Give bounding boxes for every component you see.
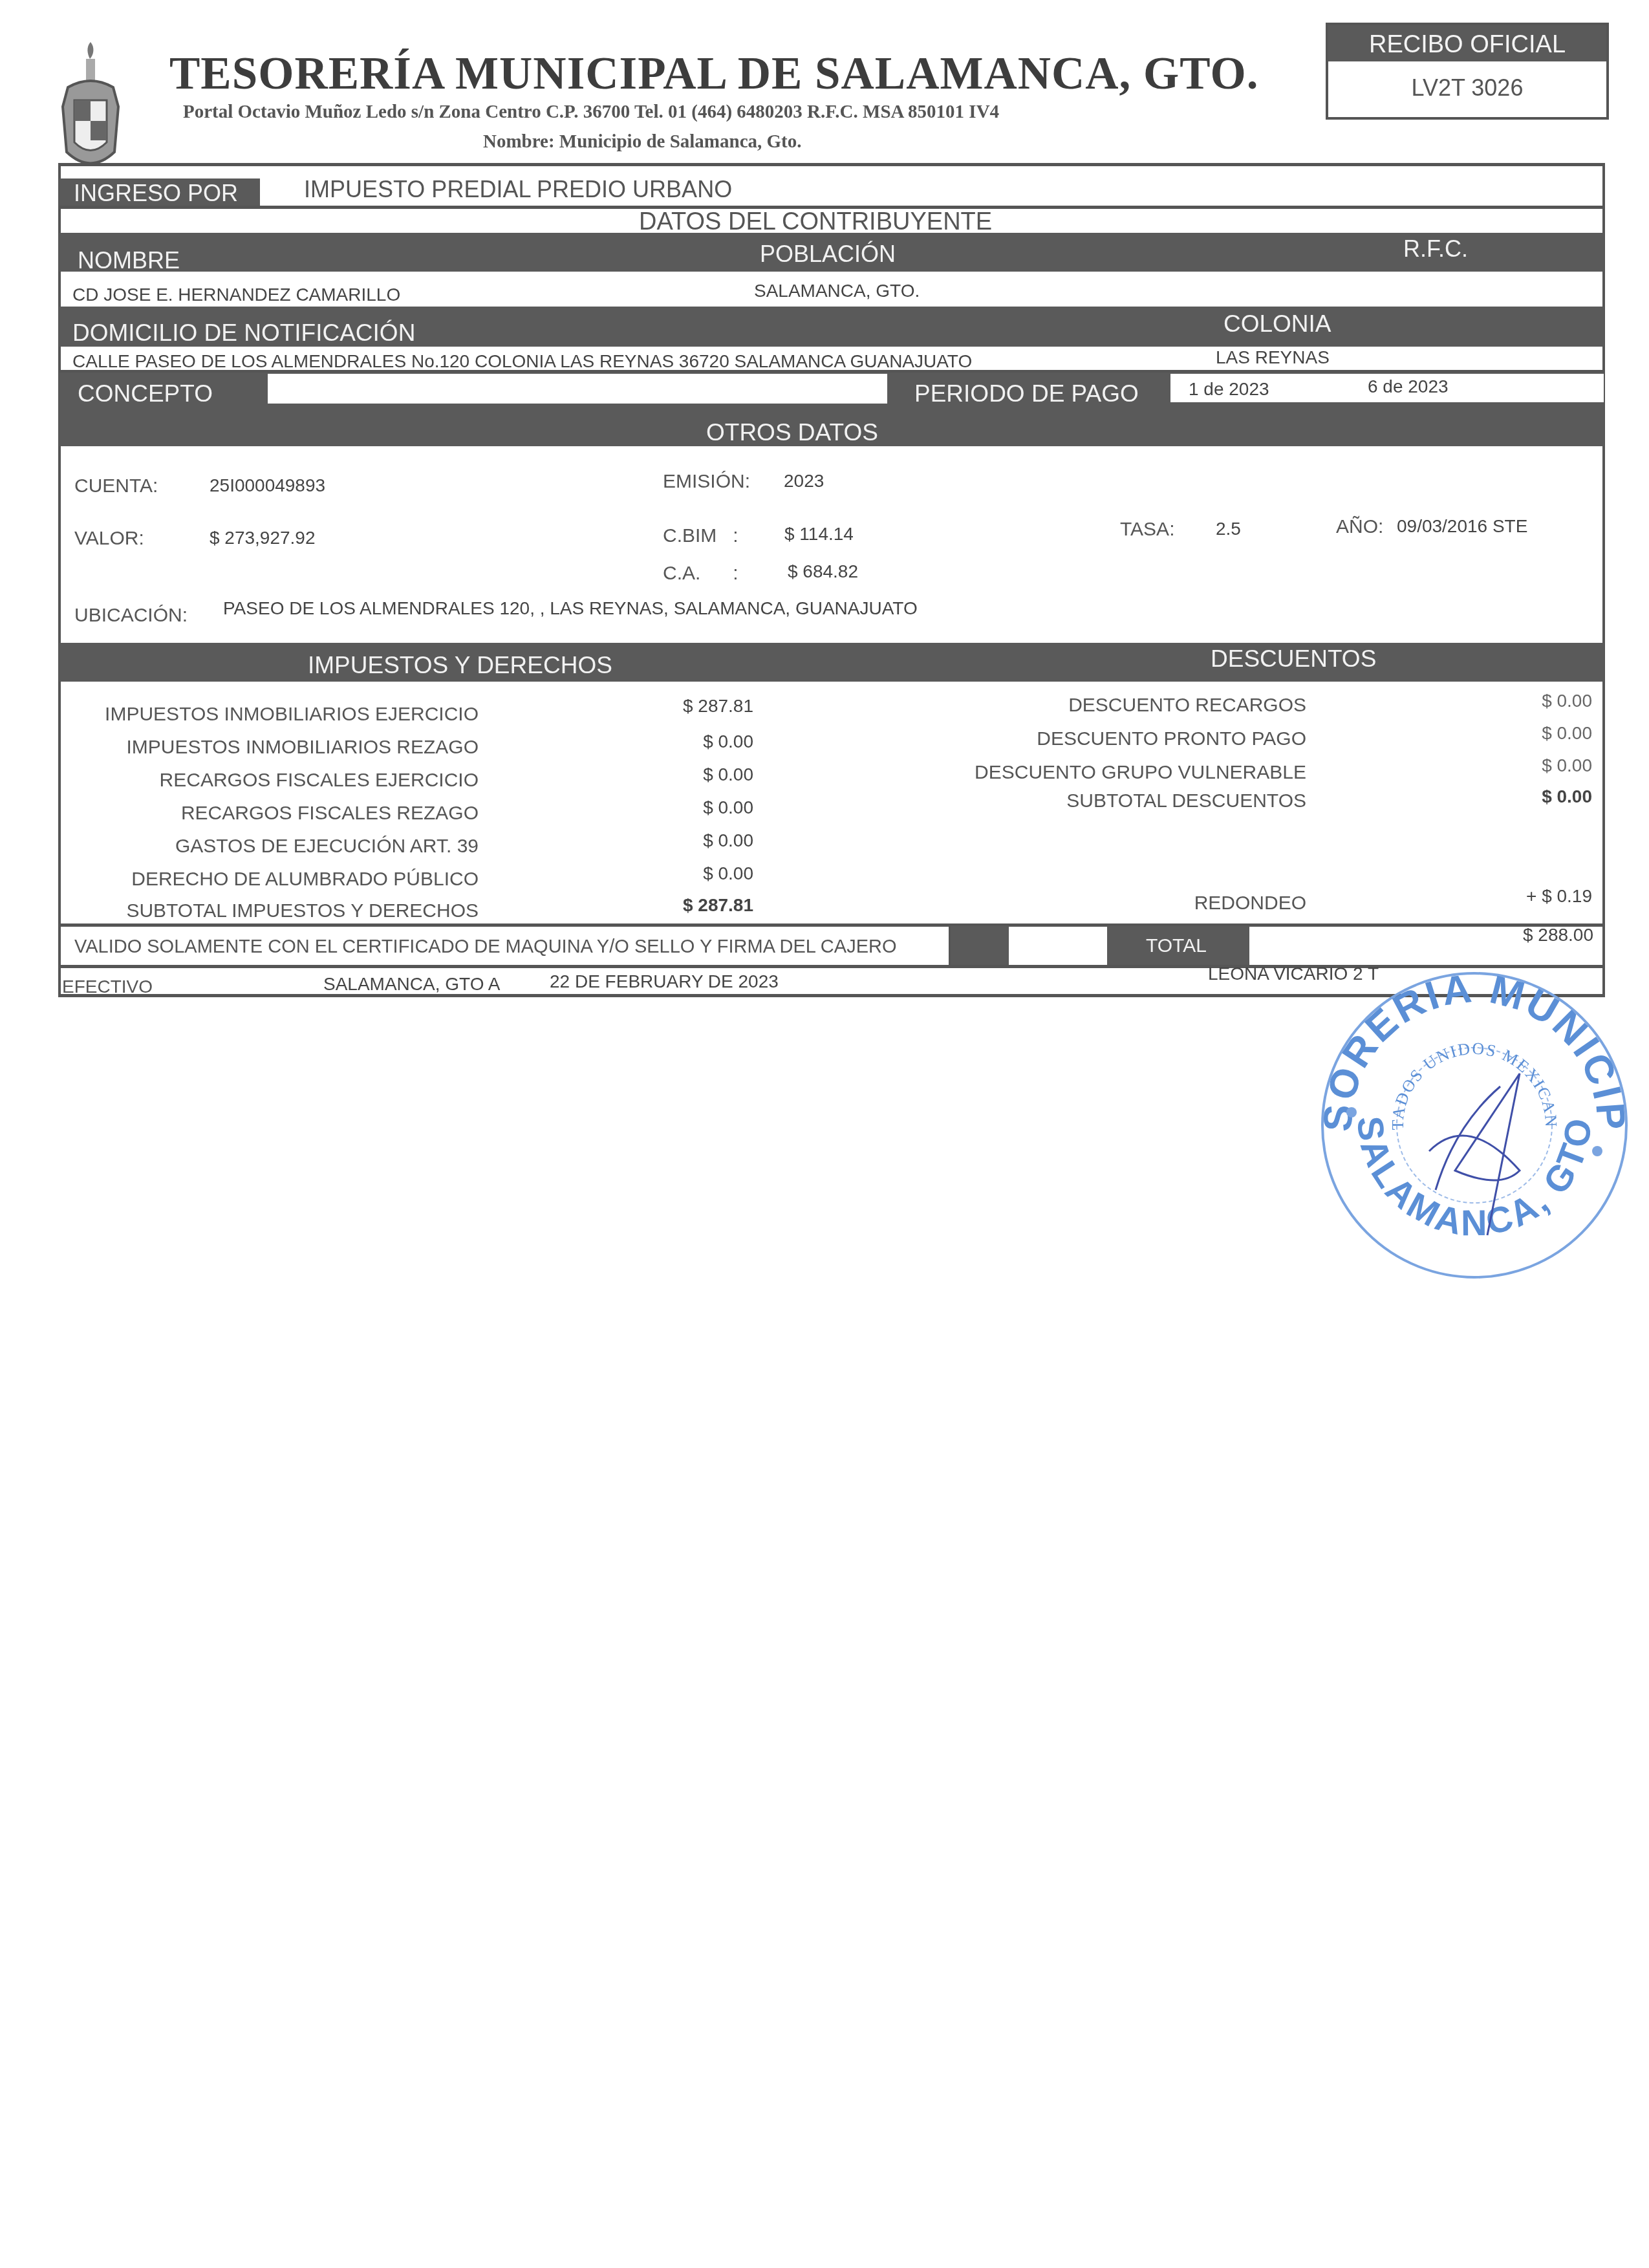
emision-value: 2023	[784, 471, 824, 491]
anio-label: AÑO:	[1336, 516, 1383, 538]
total-label-bar-left	[951, 926, 1009, 965]
descuento-amount: $ 0.00	[1423, 691, 1592, 711]
tasa-label: TASA:	[1120, 519, 1174, 541]
domicilio-value: CALLE PASEO DE LOS ALMENDRALES No.120 CO…	[72, 351, 972, 372]
impuesto-label: RECARGOS FISCALES REZAGO	[59, 803, 479, 825]
ubicacion-value: PASEO DE LOS ALMENDRALES 120, , LAS REYN…	[223, 598, 918, 619]
domicilio-header-bar: DOMICILIO DE NOTIFICACIÓN COLONIA	[59, 307, 1604, 347]
subtotal-descuentos-amount: $ 0.00	[1423, 786, 1592, 807]
subtotal-descuentos-label: SUBTOTAL DESCUENTOS	[905, 790, 1306, 812]
descuentos-section-title: DESCUENTOS	[1211, 645, 1376, 673]
fecha-expedicion: 22 DE FEBRUARY DE 2023	[550, 971, 779, 992]
impuesto-row: RECARGOS FISCALES REZAGO$ 0.00	[59, 797, 771, 826]
descuento-row: DESCUENTO GRUPO VULNERABLE$ 0.00	[841, 755, 1600, 784]
emision-label: EMISIÓN:	[663, 471, 750, 493]
concepto-value-field	[268, 374, 887, 404]
poblacion-value: SALAMANCA, GTO.	[754, 281, 920, 301]
impuesto-label: IMPUESTOS INMOBILIARIOS EJERCICIO	[59, 704, 479, 726]
domicilio-label: DOMICILIO DE NOTIFICACIÓN	[72, 319, 415, 347]
impuesto-label: RECARGOS FISCALES EJERCICIO	[59, 770, 479, 792]
official-receipt-box: RECIBO OFICIAL LV2T 3026	[1326, 23, 1609, 120]
impuesto-amount: $ 0.00	[582, 764, 753, 785]
impuesto-amount: $ 0.00	[582, 797, 753, 818]
ingreso-por-label: INGRESO POR	[59, 178, 260, 207]
document-title: TESORERÍA MUNICIPAL DE SALAMANCA, GTO.	[169, 48, 1258, 100]
impuesto-amount: $ 0.00	[582, 830, 753, 851]
impuesto-row: IMPUESTOS INMOBILIARIOS EJERCICIO$ 287.8…	[59, 698, 771, 727]
municipal-coat-of-arms-icon	[55, 36, 126, 178]
tasa-value: 2.5	[1216, 519, 1241, 539]
impuestos-section-title: IMPUESTOS Y DERECHOS	[308, 652, 612, 679]
issuer-name: Nombre: Municipio de Salamanca, Gto.	[483, 131, 801, 153]
descuento-row: DESCUENTO RECARGOS$ 0.00	[841, 691, 1600, 719]
descuento-label: DESCUENTO GRUPO VULNERABLE	[841, 762, 1306, 784]
validez-notice: VALIDO SOLAMENTE CON EL CERTIFICADO DE M…	[74, 936, 896, 958]
form-top-border	[58, 163, 1605, 166]
valor-label: VALOR:	[74, 528, 144, 550]
cuenta-label: CUENTA:	[74, 475, 158, 497]
impuesto-amount: $ 287.81	[582, 696, 753, 717]
impuesto-label: GASTOS DE EJECUCIÓN ART. 39	[59, 836, 479, 858]
impuesto-row: DERECHO DE ALUMBRADO PÚBLICO$ 0.00	[59, 863, 771, 892]
rfc-label: R.F.C.	[1403, 235, 1468, 263]
svg-text:SALAMANCA, GTO: SALAMANCA, GTO	[1350, 1114, 1600, 1243]
nombre-header-bar: NOMBRE POBLACIÓN R.F.C.	[59, 233, 1604, 272]
colonia-label: COLONIA	[1223, 310, 1331, 338]
periodo-hasta: 6 de 2023	[1368, 376, 1449, 397]
ubicacion-label: UBICACIÓN:	[74, 605, 188, 627]
impuesto-label: IMPUESTOS INMOBILIARIOS REZAGO	[59, 737, 479, 759]
colonia-value: LAS REYNAS	[1216, 347, 1330, 368]
periodo-pago-field: 1 de 2023 6 de 2023	[1170, 374, 1604, 402]
impuesto-amount: $ 0.00	[582, 863, 753, 884]
official-seal-stamp: TESORERIA MUNICIPAL SALAMANCA, GTO ESTAD…	[1306, 957, 1643, 1293]
impuesto-label: DERECHO DE ALUMBRADO PÚBLICO	[59, 869, 479, 891]
redondeo-label: REDONDEO	[1099, 892, 1306, 914]
descuento-label: DESCUENTO PRONTO PAGO	[841, 728, 1306, 750]
ingreso-por-value: IMPUESTO PREDIAL PREDIO URBANO	[304, 176, 732, 203]
impuesto-amount: $ 0.00	[582, 731, 753, 752]
concepto-bar: CONCEPTO PERIODO DE PAGO 1 de 2023 6 de …	[59, 373, 1604, 410]
receipt-folio: LV2T 3026	[1328, 61, 1606, 114]
concepto-label: CONCEPTO	[78, 380, 213, 407]
impuesto-row: RECARGOS FISCALES EJERCICIO$ 0.00	[59, 764, 771, 793]
impuestos-descuentos-bar: IMPUESTOS Y DERECHOS DESCUENTOS	[59, 643, 1604, 682]
ca-value: $ 684.82	[788, 561, 858, 582]
form-right-border	[1602, 163, 1605, 997]
impuesto-row: GASTOS DE EJECUCIÓN ART. 39$ 0.00	[59, 830, 771, 859]
total-label-bar: TOTAL	[1107, 926, 1249, 965]
anio-value: 09/03/2016 STE	[1397, 516, 1527, 537]
descuento-amount: $ 0.00	[1423, 723, 1592, 744]
subtotal-impuestos-label: SUBTOTAL IMPUESTOS Y DERECHOS	[84, 900, 479, 922]
otros-datos-title: OTROS DATOS	[706, 419, 878, 446]
periodo-desde: 1 de 2023	[1189, 379, 1269, 400]
cbim-value: $ 114.14	[784, 524, 854, 545]
ca-label: C.A. :	[663, 563, 738, 585]
official-receipt-label: RECIBO OFICIAL	[1328, 25, 1606, 61]
descuento-amount: $ 0.00	[1423, 755, 1592, 776]
subtotal-impuestos-amount: $ 287.81	[582, 895, 753, 916]
redondeo-amount: + $ 0.19	[1423, 886, 1592, 907]
total-label: TOTAL	[1146, 935, 1207, 957]
cuenta-value: 25I000049893	[210, 475, 325, 496]
valor-value: $ 273,927.92	[210, 528, 316, 548]
nombre-label: NOMBRE	[78, 247, 180, 274]
periodo-pago-label: PERIODO DE PAGO	[914, 380, 1139, 407]
cbim-label: C.BIM :	[663, 525, 738, 547]
issuer-address: Portal Octavio Muñoz Ledo s/n Zona Centr…	[183, 102, 999, 123]
poblacion-label: POBLACIÓN	[760, 241, 896, 268]
otros-datos-bar: OTROS DATOS	[59, 410, 1604, 446]
descuento-label: DESCUENTO RECARGOS	[841, 695, 1306, 717]
divider	[58, 923, 1605, 927]
impuesto-row: IMPUESTOS INMOBILIARIOS REZAGO$ 0.00	[59, 731, 771, 760]
contribuyente-section-title: DATOS DEL CONTRIBUYENTE	[639, 208, 992, 236]
lugar-expedicion: SALAMANCA, GTO A	[323, 974, 500, 995]
nombre-value: CD JOSE E. HERNANDEZ CAMARILLO	[72, 285, 400, 305]
total-amount: $ 288.00	[1423, 925, 1593, 945]
descuento-row: DESCUENTO PRONTO PAGO$ 0.00	[841, 723, 1600, 751]
